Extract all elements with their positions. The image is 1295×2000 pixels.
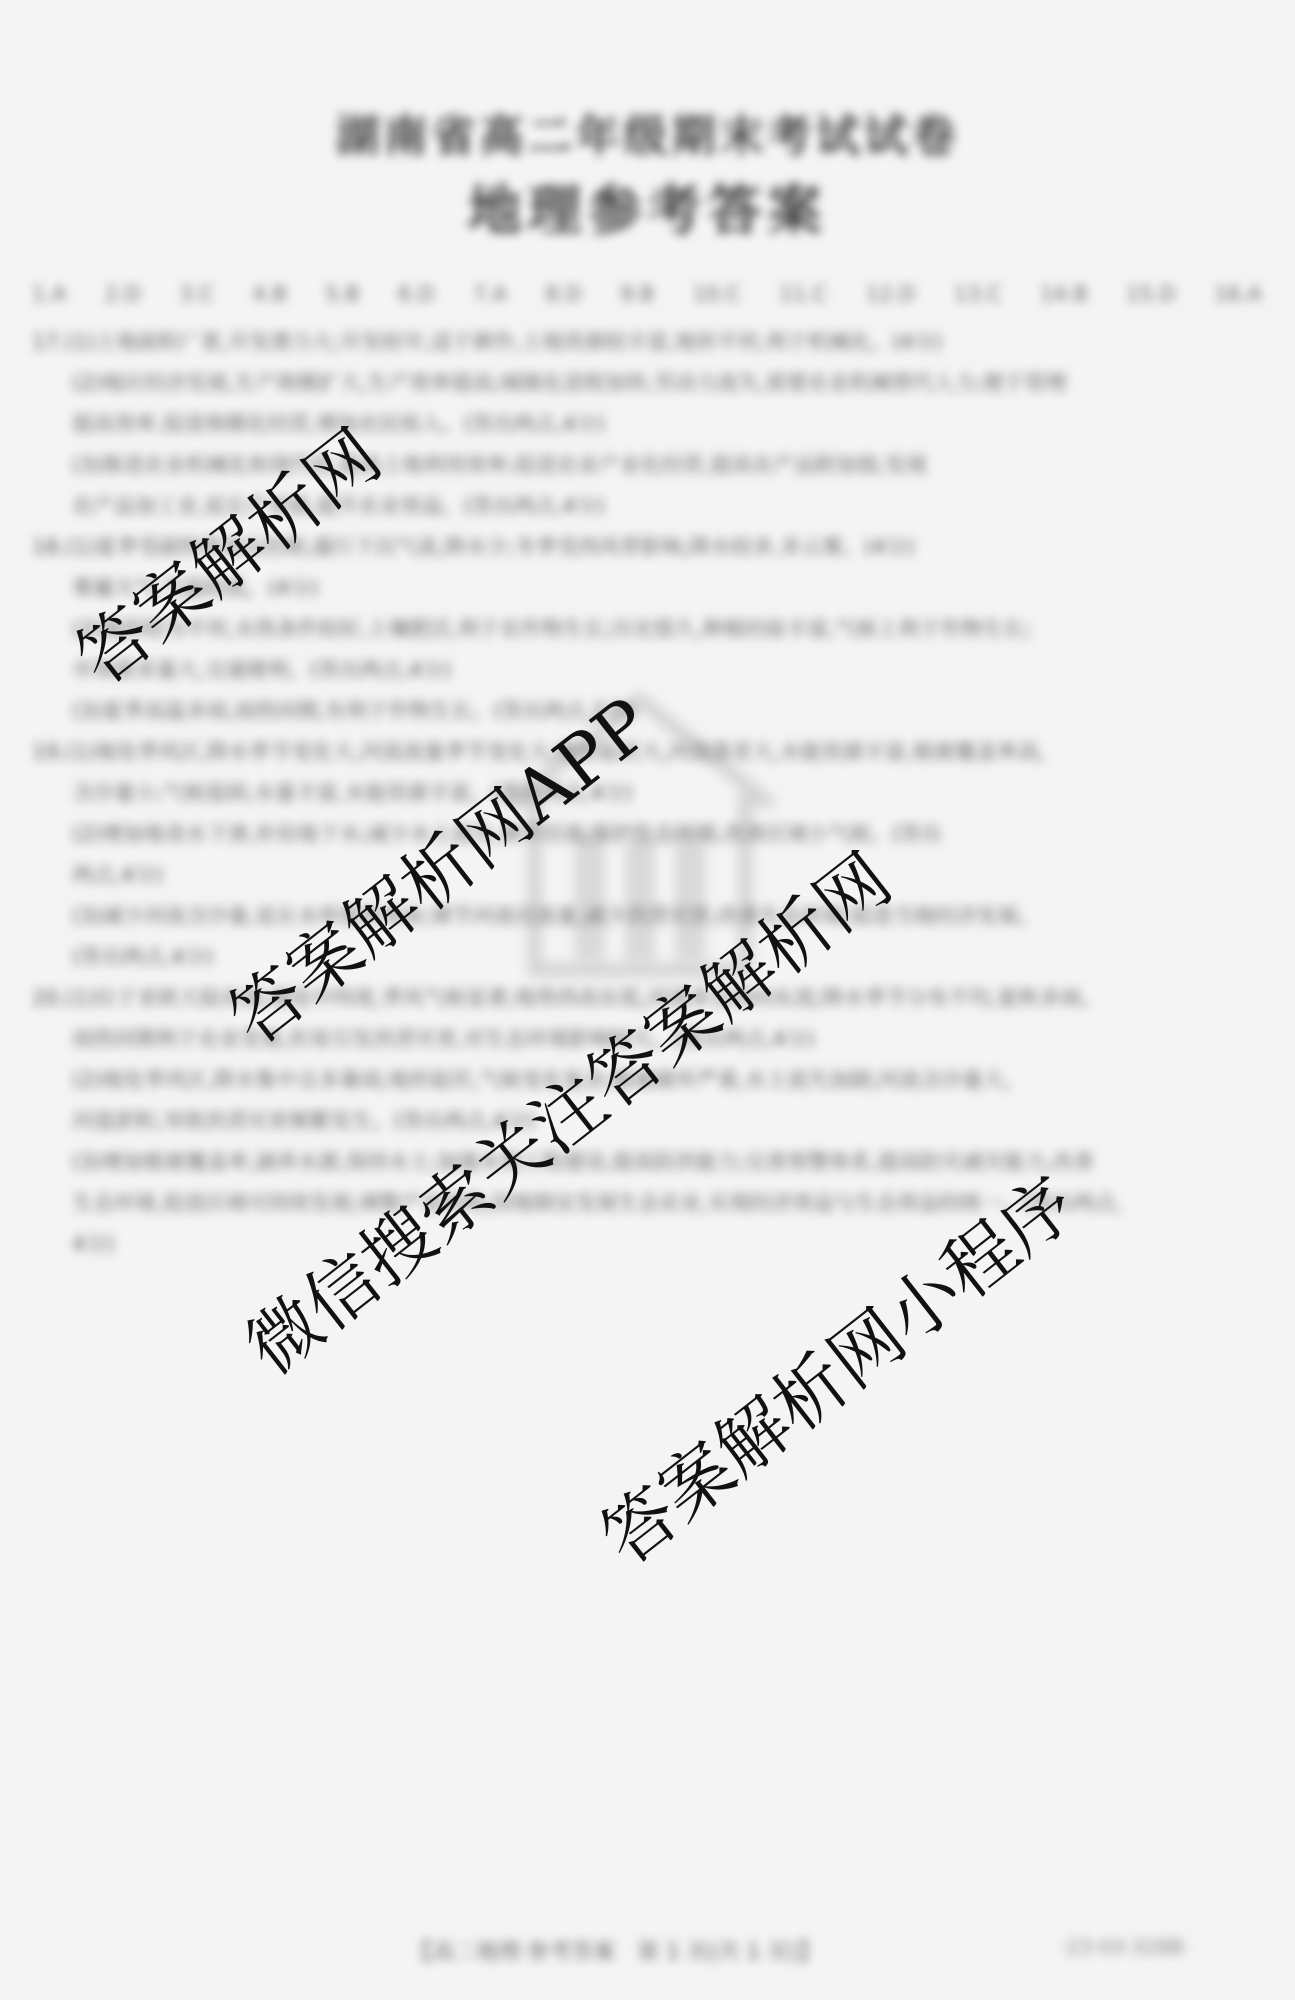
answer-item: 5.B bbox=[325, 282, 359, 306]
answer-item: 3.C bbox=[179, 282, 214, 306]
answer-item: 16.A bbox=[1214, 282, 1262, 306]
answer-item: 6.D bbox=[398, 282, 434, 306]
answer-item: 4.B bbox=[252, 282, 286, 306]
answer-item: 10.C bbox=[693, 282, 741, 306]
answer-item: 9.B bbox=[620, 282, 654, 306]
answer-line: 17.(1)土地面积广袤,开发潜力大;开发较早,适于耕作,土地资源较丰富,地形平… bbox=[32, 322, 1262, 363]
page-footer: 【高二地理·参考答案 第 1 页(共 1 页)】 bbox=[410, 1935, 820, 1966]
answer-line: (3)推进农业机械化和现代化,提高土地利用效率;促进农业产业化经营,提高农产品附… bbox=[32, 445, 1262, 486]
answer-item: 14.B bbox=[1040, 282, 1088, 306]
answer-item: 8.D bbox=[545, 282, 581, 306]
answer-key-title: 地理参考答案 bbox=[0, 168, 1295, 245]
answer-item: 1.A bbox=[32, 282, 66, 306]
answer-item: 2.D bbox=[105, 282, 141, 306]
answer-item: 7.A bbox=[473, 282, 507, 306]
document-code: ·23-XX-328B· bbox=[1060, 1935, 1190, 1959]
answer-line: 市场需求量大,交通便利。(答出两点,4分) bbox=[32, 650, 1262, 691]
answer-line: (2)地区经济发展,生产规模扩大,生产效率提高;城镇化进程加快,劳动力流失,需要… bbox=[32, 363, 1262, 404]
exam-title: 湖南省高二年级期末考试试卷 bbox=[0, 100, 1295, 164]
multiple-choice-answers: 1.A2.D3.C4.B5.B6.D7.A8.D9.B10.C11.C12.D1… bbox=[32, 282, 1262, 306]
answer-item: 11.C bbox=[779, 282, 827, 306]
answer-item: 12.D bbox=[866, 282, 916, 306]
answer-line: 提高效率,促进规模化经营,增加农民收入。(答出两点,4分) bbox=[32, 404, 1262, 445]
answer-line: (3)增加植被覆盖率,涵养水源,保持水土;加强水利工程建设,提高防洪能力;完善预… bbox=[32, 1142, 1262, 1183]
answer-item: 15.D bbox=[1126, 282, 1176, 306]
answer-item: 13.C bbox=[954, 282, 1002, 306]
